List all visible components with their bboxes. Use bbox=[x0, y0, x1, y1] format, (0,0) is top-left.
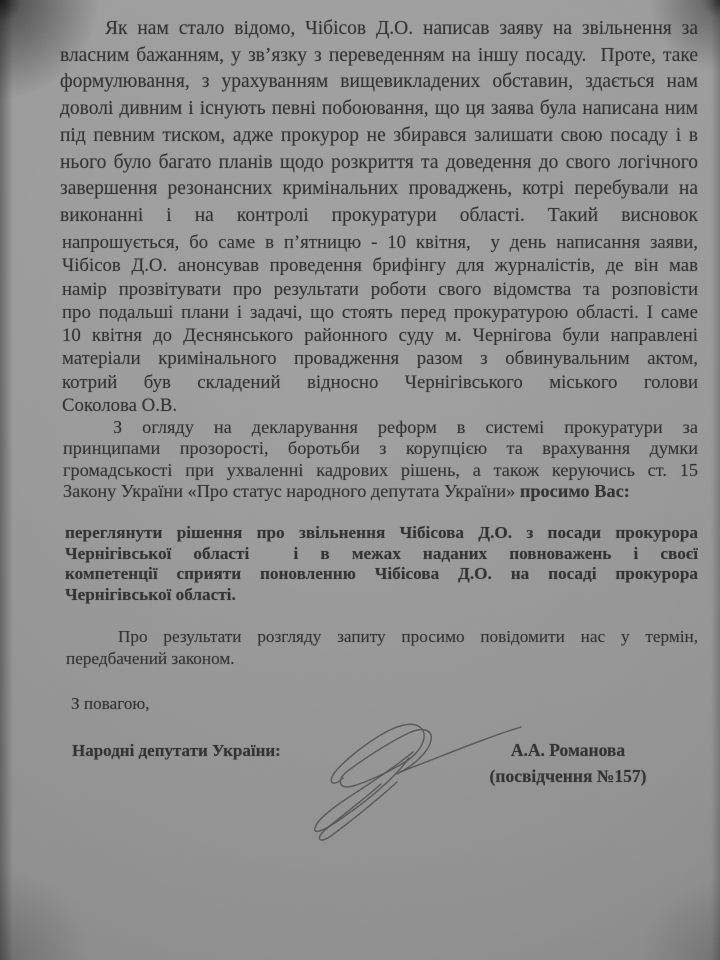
text-line: виконанні і на контролі прокуратури обла… bbox=[60, 203, 698, 230]
text-line: передбачений законом. bbox=[66, 648, 698, 670]
closing-salutation: З повагою, bbox=[71, 694, 150, 714]
document-photo: Як нам стало відомо, Чібісов Д.О. написа… bbox=[0, 0, 720, 960]
paragraph-4: Про результати розгляду запиту просимо п… bbox=[66, 626, 698, 670]
text-line: формулювання, з урахуванням вищевикладен… bbox=[60, 69, 698, 96]
paragraph-2: З огляду на декларування реформ в систем… bbox=[63, 417, 698, 503]
request-paragraph: переглянути рішення про звільнення Чібіс… bbox=[65, 523, 698, 605]
text-line: Чібісов Д.О. анонсував проведення брифін… bbox=[62, 254, 698, 277]
text-line: Про результати розгляду запиту просимо п… bbox=[66, 626, 698, 648]
paragraph-1-lower: напрошується, бо саме в п’ятницю - 10 кв… bbox=[62, 231, 698, 417]
signature-handwriting bbox=[305, 710, 545, 855]
text-line: доволі дивним і існують певні побоювання… bbox=[60, 96, 698, 123]
text-line: про подальші плани і задачі, що стоять п… bbox=[62, 301, 698, 324]
text-line: матеріали кримінального провадження разо… bbox=[62, 347, 698, 370]
text-line: переглянути рішення про звільнення Чібіс… bbox=[65, 523, 698, 544]
text-line: Закону України «Про статус народного деп… bbox=[63, 481, 698, 502]
text-line: під певним тиском, адже прокурор не збир… bbox=[60, 123, 698, 150]
text-line: нього було багато планів щодо розкриття … bbox=[60, 150, 698, 177]
text-line: Як нам стало відомо, Чібісов Д.О. написа… bbox=[60, 16, 698, 43]
paragraph-1-upper: Як нам стало відомо, Чібісов Д.О. написа… bbox=[60, 16, 698, 230]
text-line: напрошується, бо саме в п’ятницю - 10 кв… bbox=[62, 231, 698, 254]
text-line: Чернігівської області. bbox=[65, 585, 698, 606]
text-line: Чернігівської області і в межах наданих … bbox=[65, 544, 698, 565]
text-line: намір прозвітувати про результати роботи… bbox=[62, 278, 698, 301]
text-line: З огляду на декларування реформ в систем… bbox=[63, 417, 698, 438]
signatories-label: Народні депутати України: bbox=[72, 741, 281, 761]
text-segment: Закону України «Про статус народного деп… bbox=[63, 481, 520, 501]
text-line: власним бажанням, у зв’язку з переведенн… bbox=[60, 43, 698, 70]
text-line: котрий був складений відносно Чернігівсь… bbox=[62, 371, 698, 394]
text-line: громадськості при ухваленні кадрових ріш… bbox=[63, 460, 698, 481]
text-line: принципами прозорості, боротьби з корупц… bbox=[63, 438, 698, 459]
text-line: 10 квітня до Деснянського районного суду… bbox=[62, 324, 698, 347]
request-emphasis: просимо Вас: bbox=[520, 481, 630, 501]
text-line: Соколова О.В. bbox=[62, 394, 698, 417]
text-line: завершення резонансних кримінальних пров… bbox=[60, 176, 698, 203]
text-line: компетенції сприяти поновленню Чібісова … bbox=[65, 564, 698, 585]
